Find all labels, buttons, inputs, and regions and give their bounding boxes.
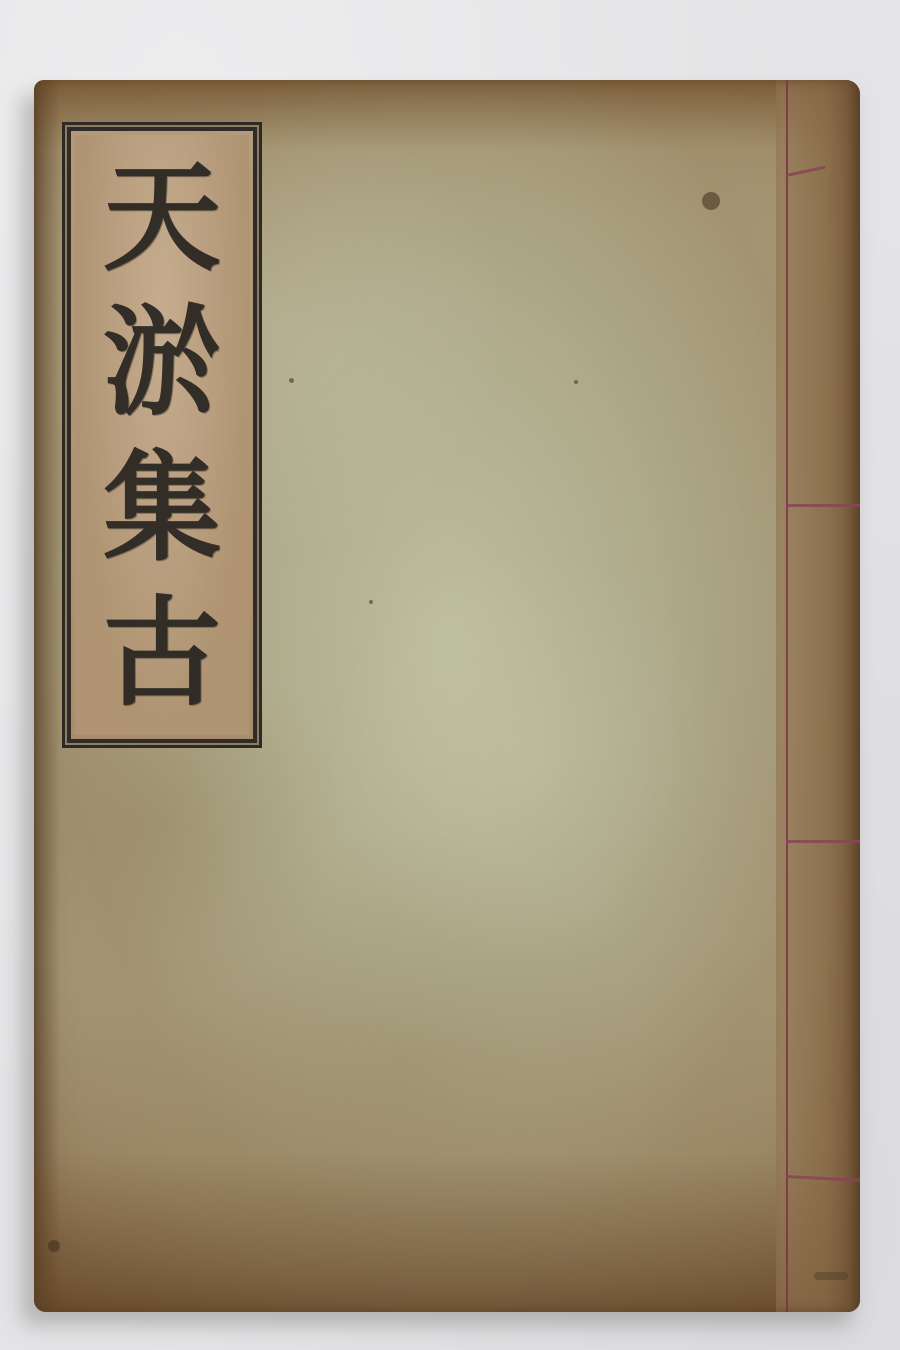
binding-stitch bbox=[786, 504, 860, 507]
title-character: 集 bbox=[103, 449, 221, 567]
binding-stitch bbox=[786, 840, 860, 843]
book-cover: 天 淤 集 古 bbox=[34, 80, 860, 1312]
title-label: 天 淤 集 古 bbox=[62, 122, 262, 748]
stain-spot bbox=[814, 1272, 848, 1280]
stain-spot bbox=[702, 192, 720, 210]
binding-thread bbox=[786, 80, 788, 1312]
title-character: 淤 bbox=[103, 304, 221, 422]
left-edge-wear bbox=[34, 80, 60, 1312]
bottom-edge-wear bbox=[34, 1152, 860, 1312]
stain-spot bbox=[289, 378, 294, 383]
stain-spot bbox=[574, 380, 578, 384]
stain-spot bbox=[48, 1240, 60, 1252]
title-label-inner: 天 淤 集 古 bbox=[75, 135, 249, 735]
title-character: 古 bbox=[103, 594, 221, 712]
title-character: 天 bbox=[103, 159, 221, 277]
stain-spot bbox=[369, 600, 373, 604]
book-spine-strip bbox=[776, 80, 860, 1312]
